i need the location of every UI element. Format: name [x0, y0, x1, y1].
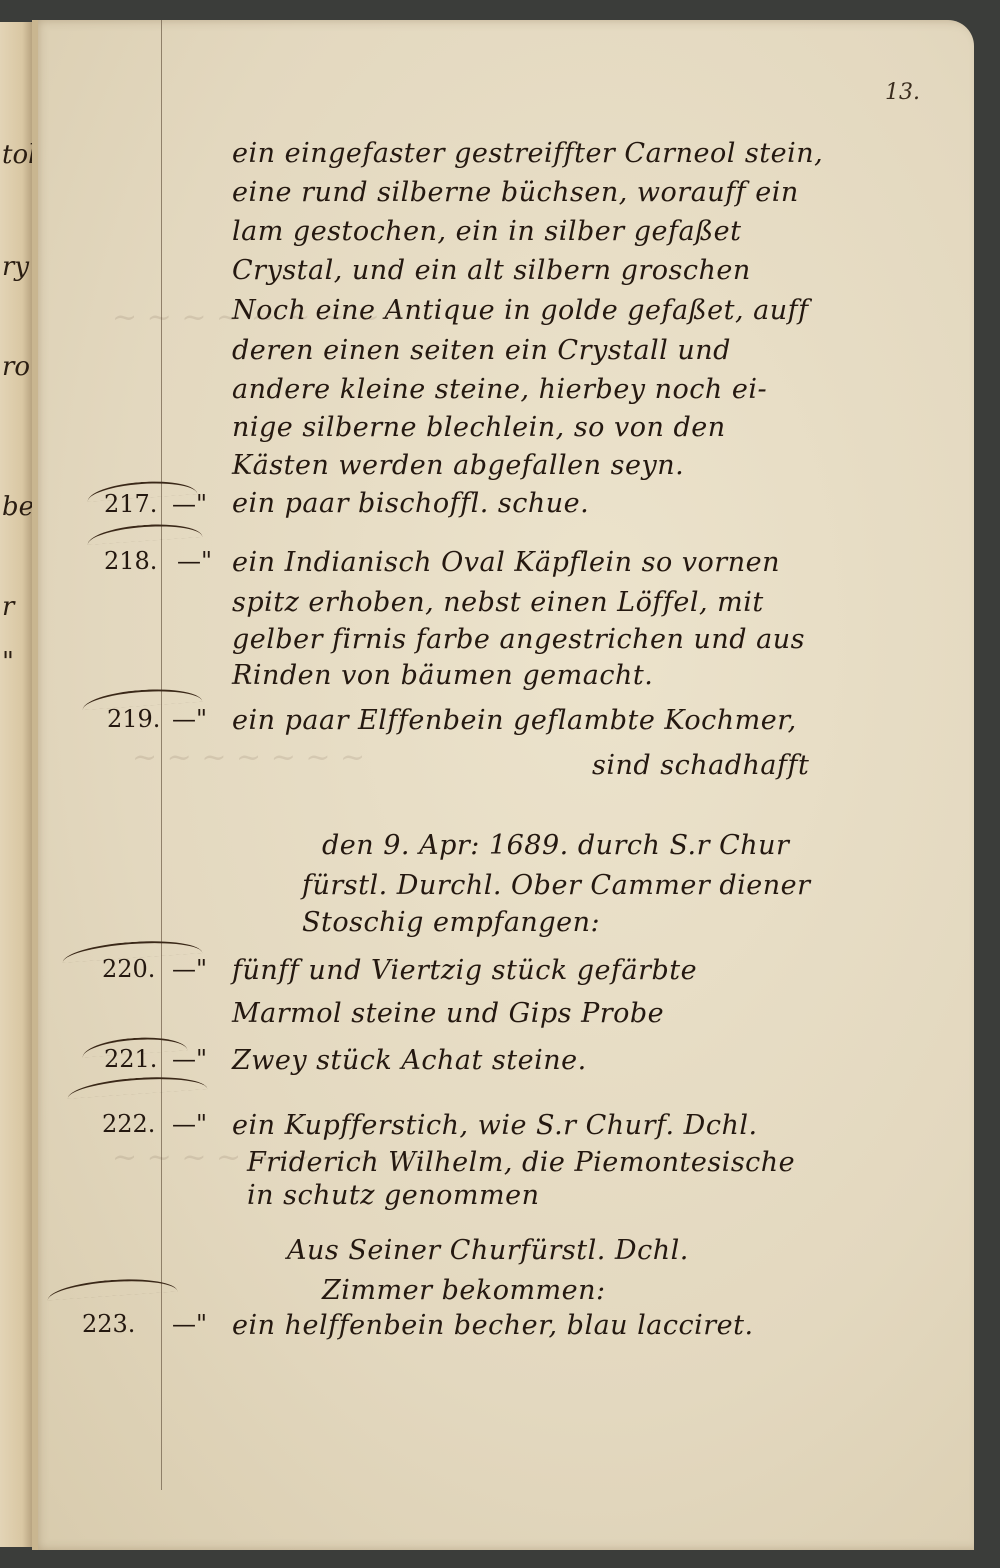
section-heading: Aus Seiner Churfürstl. Dchl.	[287, 1235, 689, 1266]
text-line: nige silberne blechlein, so von den	[232, 412, 726, 443]
previous-page-fragment: ry	[2, 252, 29, 282]
entry-flourish	[47, 1275, 178, 1300]
text-line: ein eingefaster gestreiffter Carneol ste…	[232, 138, 823, 169]
ditto-mark: —"	[172, 1045, 207, 1073]
previous-page-edge: tol ry ro be r "	[0, 22, 32, 1547]
ditto-mark: —"	[172, 490, 207, 518]
entry-text: Rinden von bäumen gemacht.	[232, 660, 653, 691]
entry-flourish	[67, 1073, 208, 1099]
entry-text: ein paar bischoffl. schue.	[232, 488, 589, 519]
previous-page-fragment: r	[2, 592, 14, 622]
entry-number: 217.	[104, 490, 157, 518]
entry-flourish	[87, 521, 203, 545]
manuscript-page: 13. ~ ~ ~ ~ ~ ~ ~ ~ ~ ~ ~ ~ ~ ~ ~ ~ ~ ~ …	[32, 20, 974, 1550]
entry-text: fünff und Viertzig stück gefärbte	[232, 955, 697, 986]
entry-text: ein Kupfferstich, wie S.r Churf. Dchl.	[232, 1110, 758, 1141]
entry-text: Friderich Wilhelm, die Piemontesische	[247, 1147, 795, 1178]
ditto-mark: —"	[172, 955, 207, 983]
ditto-mark: —"	[172, 1310, 207, 1338]
previous-page-fragment: "	[2, 647, 14, 677]
section-heading: Zimmer bekommen:	[322, 1275, 606, 1306]
entry-text: sind schadhafft	[592, 750, 809, 781]
folio-number: 13.	[885, 80, 920, 105]
previous-page-fragment: be	[2, 492, 34, 522]
section-heading: Stoschig empfangen:	[302, 907, 600, 938]
text-line: Crystal, und ein alt silbern groschen	[232, 255, 751, 286]
ditto-mark: —"	[172, 705, 207, 733]
text-line: eine rund silberne büchsen, worauff ein	[232, 177, 799, 208]
entry-number: 222.	[102, 1110, 155, 1138]
ditto-mark: —"	[177, 547, 212, 575]
entry-number: 219.	[107, 705, 160, 733]
text-line: lam gestochen, ein in silber gefaßet	[232, 216, 741, 247]
entry-text: ein Indianisch Oval Käpflein so vornen	[232, 547, 780, 578]
entry-number: 221.	[104, 1045, 157, 1073]
text-line: andere kleine steine, hierbey noch ei-	[232, 374, 767, 405]
section-heading: den 9. Apr: 1689. durch S.r Chur	[322, 830, 789, 861]
page-gutter	[32, 20, 38, 1550]
section-heading: fürstl. Durchl. Ober Cammer diener	[302, 870, 811, 901]
entry-number: 218.	[104, 547, 157, 575]
entry-text: ein helffenbein becher, blau lacciret.	[232, 1310, 754, 1341]
entry-text: Marmol steine und Gips Probe	[232, 998, 664, 1029]
text-line: deren einen seiten ein Crystall und	[232, 335, 731, 366]
bleed-through: ~ ~ ~ ~ ~ ~ ~	[132, 740, 365, 775]
entry-text: Zwey stück Achat steine.	[232, 1045, 587, 1076]
entry-text: gelber firnis farbe angestrichen und aus	[232, 624, 805, 655]
entry-text: in schutz genommen	[247, 1180, 540, 1211]
text-line: Kästen werden abgefallen seyn.	[232, 450, 684, 481]
entry-text: spitz erhoben, nebst einen Löffel, mit	[232, 587, 764, 618]
ditto-mark: —"	[172, 1110, 207, 1138]
text-line: Noch eine Antique in golde gefaßet, auff	[232, 295, 809, 326]
entry-number: 223.	[82, 1310, 135, 1338]
entry-number: 220.	[102, 955, 155, 983]
previous-page-fragment: ro	[2, 352, 30, 382]
entry-text: ein paar Elffenbein geflambte Kochmer,	[232, 705, 797, 736]
